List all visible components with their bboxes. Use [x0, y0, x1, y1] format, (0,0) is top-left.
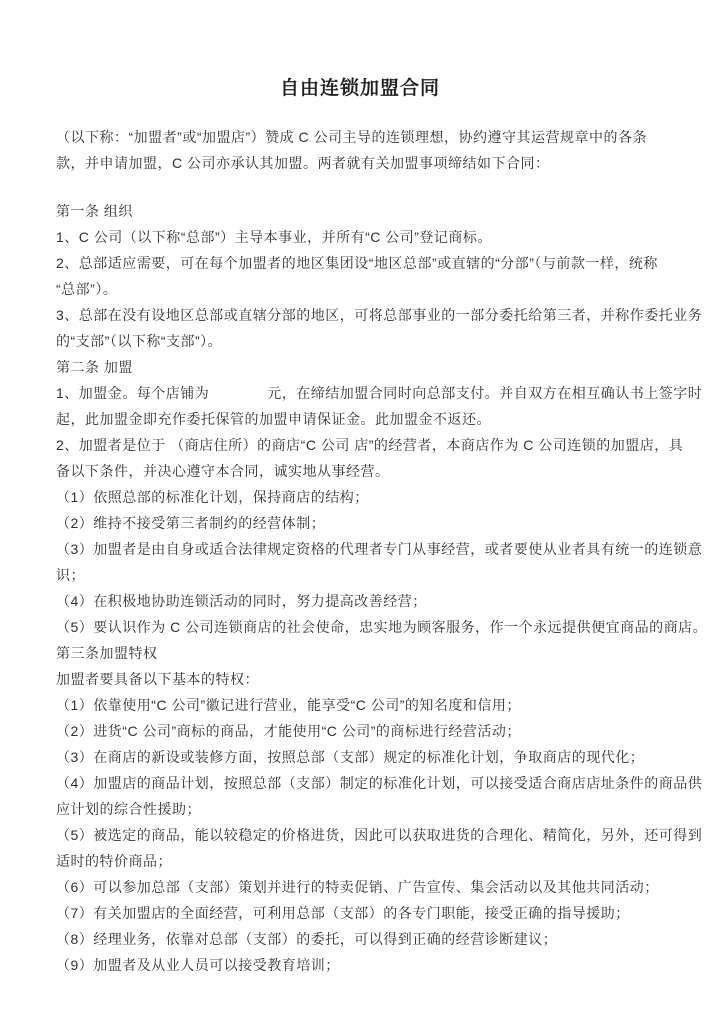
text-line: 应计划的综合性援助； — [56, 796, 664, 822]
text-line: （1）依照总部的标准化计划，保持商店的结构； — [56, 484, 664, 510]
text-line: 第三条加盟特权 — [56, 640, 664, 666]
text-line: （2）维持不接受第三者制约的经营体制； — [56, 510, 664, 536]
text-line: 款，并申请加盟，C 公司亦承认其加盟。两者就有关加盟事项缔结如下合同： — [56, 150, 664, 176]
blank-line — [56, 176, 664, 198]
text-line: （7）有关加盟店的全面经营，可利用总部（支部）的各专门职能，接受正确的指导援助； — [56, 900, 664, 926]
text-line: 加盟者要具备以下基本的特权： — [56, 666, 664, 692]
text-line: 的“支部”（以下称“支部”）。 — [56, 328, 664, 354]
text-line: （1）依靠使用“C 公司”徽记进行营业，能享受“C 公司”的知名度和信用； — [56, 692, 664, 718]
text-line: （4）在积极地协助连锁活动的同时，努力提高改善经营； — [56, 588, 664, 614]
text-line: 第一条 组织 — [56, 198, 664, 224]
text-line: 起，此加盟金即充作委托保管的加盟申请保证金。此加盟金不返还。 — [56, 406, 664, 432]
text-line: （4）加盟店的商品计划，按照总部（支部）制定的标准化计划，可以接受适合商店店址条… — [56, 770, 664, 796]
text-line: （5）被选定的商品，能以较稳定的价格进货，因此可以获取进货的合理化、精简化，另外… — [56, 822, 664, 848]
text-line: （以下称：“加盟者”或“加盟店”）赞成 C 公司主导的连锁理想，协约遵守其运营规… — [56, 124, 664, 150]
text-line: （3）加盟者是由自身或适合法律规定资格的代理者专门从事经营，或者要使从业者具有统… — [56, 536, 664, 562]
text-line: 2、加盟者是位于 （商店住所）的商店“C 公司 店”的经营者，本商店作为 C 公… — [56, 432, 664, 458]
text-line: 备以下条件，并决心遵守本合同，诚实地从事经营。 — [56, 458, 664, 484]
text-line: 2、总部适应需要，可在每个加盟者的地区集团设“地区总部”或直辖的“分部”（与前款… — [56, 250, 664, 276]
contract-document-page: 自由连锁加盟合同 （以下称：“加盟者”或“加盟店”）赞成 C 公司主导的连锁理想… — [0, 0, 720, 1017]
document-title: 自由连锁加盟合同 — [56, 76, 664, 102]
text-line: （3）在商店的新设或装修方面，按照总部（支部）规定的标准化计划，争取商店的现代化… — [56, 744, 664, 770]
text-line: 识； — [56, 562, 664, 588]
text-line: 适时的特价商品； — [56, 848, 664, 874]
text-line: （5）要认识作为 C 公司连锁商店的社会使命，忠实地为顾客服务，作一个永远提供便… — [56, 614, 664, 640]
text-line: （9）加盟者及从业人员可以接受教育培训； — [56, 952, 664, 978]
text-line: 3、总部在没有设地区总部或直辖分部的地区，可将总部事业的一部分委托给第三者，并称… — [56, 302, 664, 328]
document-body: （以下称：“加盟者”或“加盟店”）赞成 C 公司主导的连锁理想，协约遵守其运营规… — [56, 124, 664, 978]
text-line: 第二条 加盟 — [56, 354, 664, 380]
text-line: （8）经理业务，依靠对总部（支部）的委托，可以得到正确的经营诊断建议； — [56, 926, 664, 952]
text-line: 1、C 公司（以下称“总部”）主导本事业，并所有“C 公司”登记商标。 — [56, 224, 664, 250]
text-line: 1、加盟金。每个店铺为 元，在缔结加盟合同时向总部支付。并自双方在相互确认书上签… — [56, 380, 664, 406]
text-line: （6）可以参加总部（支部）策划并进行的特卖促销、广告宣传、集会活动以及其他共同活… — [56, 874, 664, 900]
text-line: “总部”）。 — [56, 276, 664, 302]
text-line: （2）进货“C 公司”商标的商品，才能使用“C 公司”的商标进行经营活动； — [56, 718, 664, 744]
